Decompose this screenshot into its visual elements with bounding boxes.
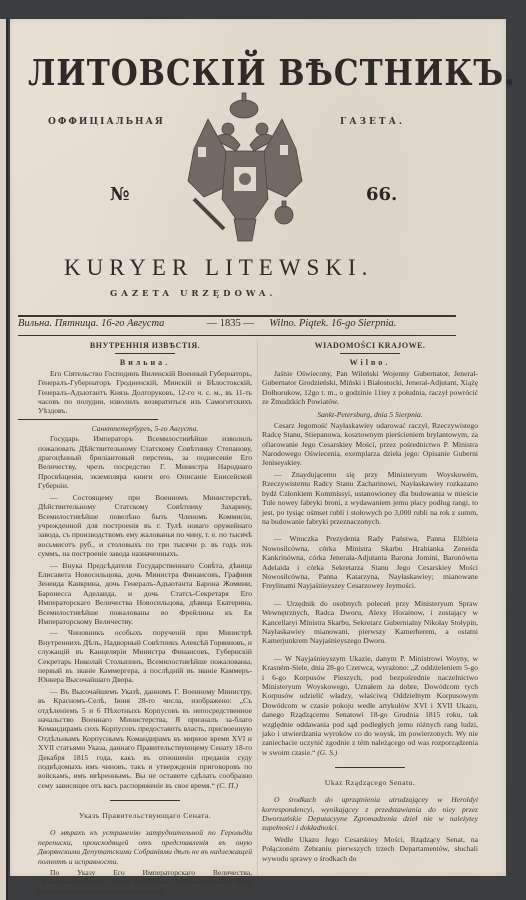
decree-title: Указъ Правительствующаго Сената. xyxy=(38,811,252,820)
section-title: ВНУТРЕННІЯ ИЗВѢСТІЯ. xyxy=(38,341,252,350)
article-paragraph: — Urzędnik do osobnych poleceń przy Mini… xyxy=(262,599,478,646)
article-paragraph: — Чиновникъ особыхъ порученій при Минист… xyxy=(38,628,252,684)
double-headed-eagle-icon xyxy=(178,89,312,249)
place-heading: Wilno. xyxy=(262,358,478,367)
dateline-year: — 1835 — xyxy=(207,318,267,329)
decree-lede: О мѣрахъ къ устраненію затруднительной п… xyxy=(38,828,252,866)
dateline: Вильна. Пятница. 16-го Августа — 1835 — … xyxy=(18,318,458,329)
polish-column: WIADOMOŚCI KRAJOWE. Wilno. Jaśnie Oświec… xyxy=(262,341,478,865)
article-paragraph: — Состоящему при Военномъ Министерствѣ, … xyxy=(38,493,252,559)
section-title: WIADOMOŚCI KRAJOWE. xyxy=(262,341,478,350)
article-rule xyxy=(18,419,158,420)
dateline-rule-top xyxy=(18,315,456,317)
article-text: — W Nayjaśnieyszym Ukazie, danym P. Mini… xyxy=(262,654,478,757)
source-signature: (С. П.) xyxy=(217,781,238,790)
dateline-russian: Вильна. Пятница. 16-го Августа xyxy=(18,318,204,329)
article-paragraph: По Указу Его Императорскаго Величества, … xyxy=(38,868,252,896)
decree-title: Ukaz Rządzącego Senatu. xyxy=(262,778,478,787)
section-rule xyxy=(335,767,405,768)
newspaper-page: ЛИТОВСКІЙ ВѢСТНИКЪ. ОФФИЦІАЛЬНАЯ ГАЗЕТА. xyxy=(10,19,506,876)
section-rule xyxy=(340,353,400,354)
article-paragraph: — Wnuczka Prezydenta Rady Państwa, Panna… xyxy=(262,534,478,590)
russian-column: ВНУТРЕННІЯ ИЗВѢСТІЯ. Вильна. Его Сіятель… xyxy=(38,341,252,898)
decree-lede: O środkach do uprzątnienia utrudzającey … xyxy=(262,795,478,833)
issue-number-symbol: № xyxy=(110,184,130,205)
dateline-polish: Wilno. Piątek. 16-go Sierpnia. xyxy=(269,318,396,329)
source-signature: (G. S.) xyxy=(317,748,337,757)
article-paragraph: Его Сіятельство Господинъ Виленскій Воен… xyxy=(38,369,252,416)
article-paragraph: Jaśnie Oświecony, Pan Wileński Wojenny G… xyxy=(262,369,478,407)
article-paragraph: — Въ Высочайшемъ Указѣ, данномъ Г. Военн… xyxy=(38,687,252,790)
dateline-heading: Санктпетербургъ, 5-го Августа. xyxy=(38,424,252,433)
article-text: — Въ Высочайшемъ Указѣ, данномъ Г. Военн… xyxy=(38,687,252,790)
article-paragraph: Государь Императоръ Всемилостивѣйше изво… xyxy=(38,434,252,490)
article-paragraph: — Znaydującemu się przy Ministeryum Woys… xyxy=(262,470,478,526)
place-heading: Вильна. xyxy=(38,358,252,367)
column-divider xyxy=(257,341,258,889)
article-paragraph: Wedle Ukazu Jego Cesarskiey Mości, Rządz… xyxy=(262,835,478,863)
section-rule xyxy=(110,800,180,801)
subtitle-polish: GAZETA URZĘDOWA. xyxy=(110,289,276,299)
article-paragraph: Cesarz Jegomość Nayłaskawiey udarować ra… xyxy=(262,421,478,468)
article-paragraph: — Внука Предсѣдателя Государственнаго Со… xyxy=(38,561,252,627)
official-label: ОФФИЦІАЛЬНАЯ xyxy=(48,117,165,127)
dateline-heading: Sankt-Petersburg, dnia 5 Sierpnia. xyxy=(262,410,478,419)
dateline-rule-bottom xyxy=(18,335,456,336)
masthead-polish: KURYER LITEWSKI. xyxy=(64,255,464,281)
issue-number: 66. xyxy=(366,184,397,205)
article-paragraph: — W Nayjaśnieyszym Ukazie, danym P. Mini… xyxy=(262,654,478,757)
gazette-label: ГАЗЕТА. xyxy=(340,117,405,127)
adjacent-page-edge xyxy=(0,19,8,900)
section-rule xyxy=(115,353,175,354)
